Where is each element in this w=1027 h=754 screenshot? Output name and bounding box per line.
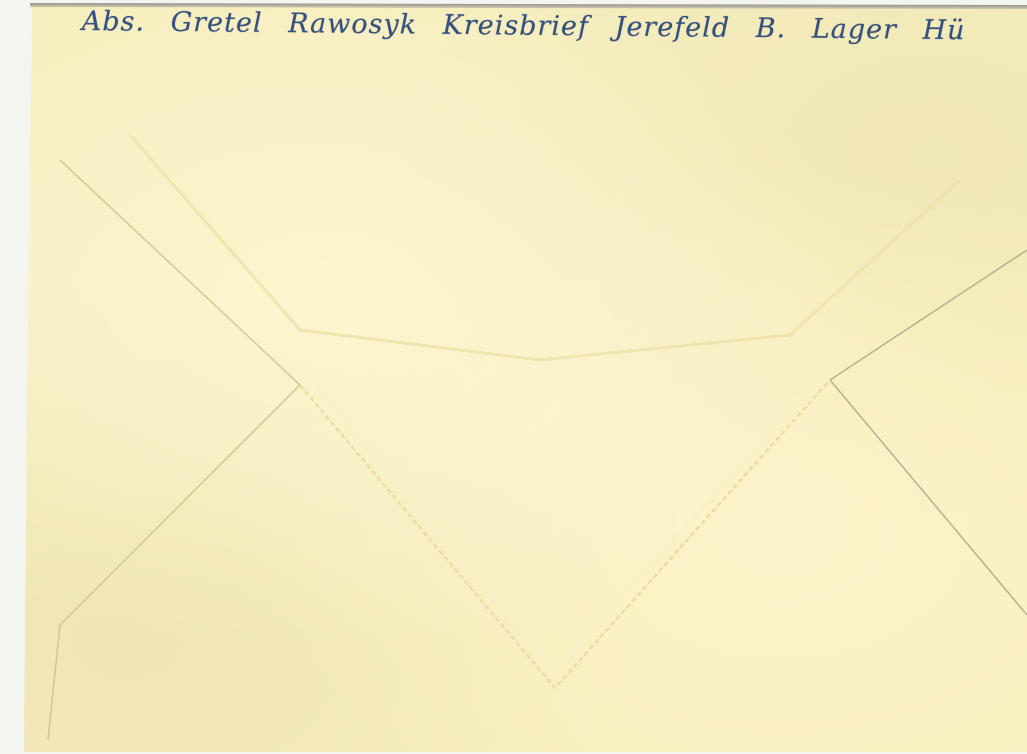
handwritten-word: B. [756, 13, 787, 44]
handwritten-word: Rawosyk [288, 8, 417, 40]
handwritten-word: Abs. [82, 6, 146, 38]
handwritten-word: Gretel [170, 7, 262, 39]
envelope-paper [24, 6, 1027, 752]
handwritten-word: Jerefeld [614, 12, 730, 44]
handwritten-word: Kreisbrief [442, 10, 589, 43]
handwritten-word: Hü [922, 15, 965, 46]
envelope-scan: Abs. Gretel Rawosyk Kreisbrief Jerefeld … [0, 0, 1027, 754]
handwritten-word: Lager [812, 14, 898, 46]
